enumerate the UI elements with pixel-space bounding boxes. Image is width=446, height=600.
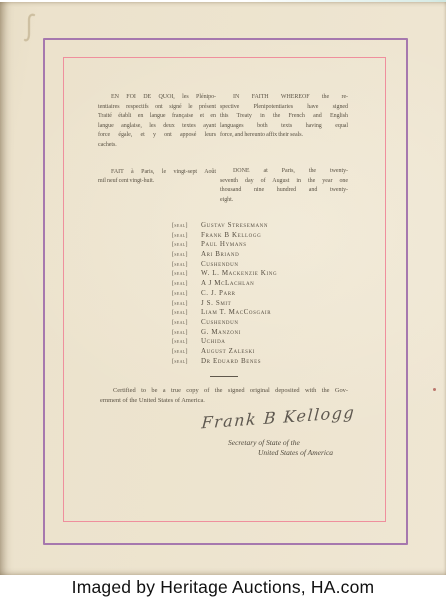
scanned-document-view: EN FOI DE QUOI, les Plénipo-tentiaires r… xyxy=(0,0,446,600)
treaty-page: EN FOI DE QUOI, les Plénipo-tentiaires r… xyxy=(0,2,446,575)
seal-row: [seal] August Zaleski xyxy=(172,344,277,354)
seal-label: [seal] xyxy=(172,358,193,368)
seal-row: [seal] Cushendun xyxy=(172,257,277,267)
seal-row: [seal] W. L. Mackenzie King xyxy=(172,266,277,276)
certification-statement: Certified to be a true copy of the signe… xyxy=(100,386,348,406)
english-closing-paragraph: IN FAITH WHEREOF the re-spective Plenipo… xyxy=(220,93,348,141)
watermark-text: Imaged by Heritage Auctions, HA.com xyxy=(72,577,375,598)
signatory-name: Dr Eduard Benes xyxy=(201,357,261,367)
english-column: IN FAITH WHEREOF the re-spective Plenipo… xyxy=(220,93,348,205)
signature-title: Secretary of State of theUnited States o… xyxy=(228,438,368,457)
seal-row: [seal] Uchida xyxy=(172,334,277,344)
paper-speck xyxy=(433,388,436,391)
seal-row: [seal] Ari Briand xyxy=(172,247,277,257)
section-divider-rule xyxy=(210,376,238,377)
paper-crease-mark xyxy=(22,12,40,44)
seal-row: [seal] Gustav Stresemann xyxy=(172,218,277,228)
seal-row: [seal] Dr Eduard Benes xyxy=(172,354,277,364)
seal-row: [seal] G. Manzoni xyxy=(172,325,277,335)
seal-row: [seal] Liam T. MacCosgair xyxy=(172,305,277,315)
seal-row: [seal] J S. Smit xyxy=(172,296,277,306)
seal-row: [seal] C. J. Parr xyxy=(172,286,277,296)
watermark-bar: Imaged by Heritage Auctions, HA.com xyxy=(0,575,446,600)
french-done-paragraph: FAIT à Paris, le vingt-sept Aoûtmil neuf… xyxy=(98,168,216,187)
closing-clauses: EN FOI DE QUOI, les Plénipo-tentiaires r… xyxy=(98,93,348,205)
seal-row: [seal] Paul Hymans xyxy=(172,237,277,247)
french-closing-paragraph: EN FOI DE QUOI, les Plénipo-tentiaires r… xyxy=(98,93,216,151)
french-column: EN FOI DE QUOI, les Plénipo-tentiaires r… xyxy=(98,93,216,205)
english-done-paragraph: DONE at Paris, the twenty-seventh day of… xyxy=(220,167,348,205)
signatory-seal-list: [seal] Gustav Stresemann [seal] Frank B … xyxy=(172,218,277,363)
